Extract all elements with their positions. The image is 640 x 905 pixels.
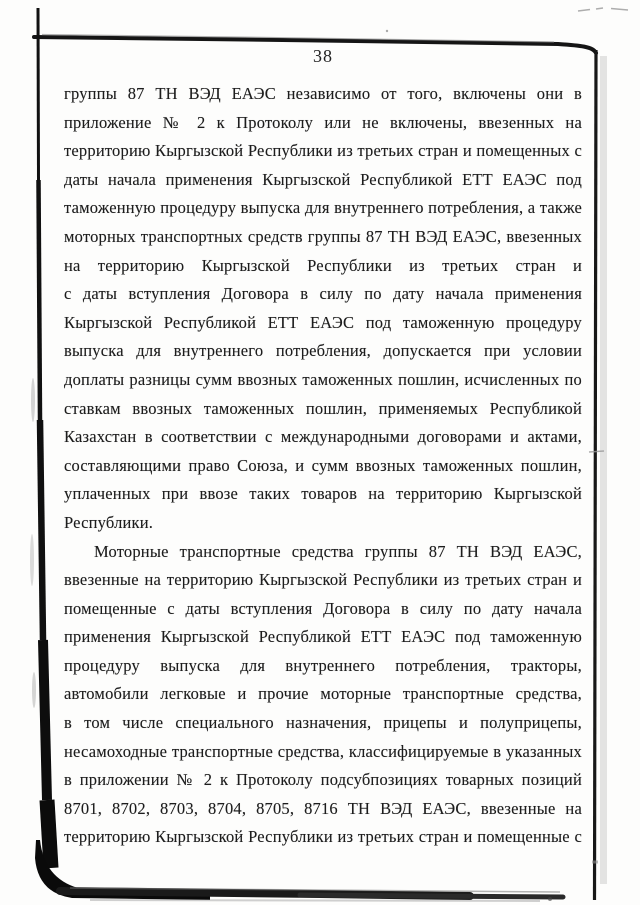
text-line: ставкам ввозных таможенных пошлин, приме… — [64, 395, 582, 424]
text-line: на территорию Кыргызской Республики из т… — [64, 252, 582, 281]
text-line: Республики. — [64, 509, 582, 538]
text-line: территорию Кыргызской Республики из трет… — [64, 137, 582, 166]
text-line: группы 87 ТН ВЭД ЕАЭС независимо от того… — [64, 80, 582, 109]
text-line: автомобили легковые и прочие моторные тр… — [64, 680, 582, 709]
top-right-scan-marks — [578, 10, 590, 12]
text-line: процедуру выпуска для внутреннего потреб… — [64, 652, 582, 681]
text-line: ввезенные на территорию Кыргызской Респу… — [64, 566, 582, 595]
text-line: несамоходные транспортные средства, клас… — [64, 738, 582, 767]
text-line: уплаченных при ввозе таких товаров на те… — [64, 480, 582, 509]
right-border-line — [595, 50, 597, 900]
text-line: территорию Кыргызской Республики из трет… — [64, 823, 582, 852]
left-border-line — [38, 8, 39, 180]
text-line: Казахстан в соответствии с международным… — [64, 423, 582, 452]
paragraph: группы 87 ТН ВЭД ЕАЭС независимо от того… — [64, 80, 582, 538]
text-line: даты начала применения Кыргызской Респуб… — [64, 166, 582, 195]
bottom-border-bar — [60, 891, 470, 896]
text-line: таможенную процедуру выпуска для внутрен… — [64, 194, 582, 223]
page-number: 38 — [64, 46, 582, 67]
text-line: применения Кыргызской Республикой ЕТТ ЕА… — [64, 623, 582, 652]
text-line: доплаты разницы сумм ввозных таможенных … — [64, 366, 582, 395]
scanned-document-page: 38 группы 87 ТН ВЭД ЕАЭС независимо от т… — [0, 0, 640, 905]
text-line: Кыргызской Республикой ЕТТ ЕАЭС под тамо… — [64, 309, 582, 338]
text-block: группы 87 ТН ВЭД ЕАЭС независимо от того… — [64, 80, 582, 852]
text-line: в том числе специального назначения, при… — [64, 709, 582, 738]
text-line: в приложении № 2 к Протоколу подсубпозиц… — [64, 766, 582, 795]
text-line: моторных транспортных средств группы 87 … — [64, 223, 582, 252]
text-line: Моторные транспортные средства группы 87… — [64, 538, 582, 567]
text-line: выпуска для внутреннего потребления, доп… — [64, 337, 582, 366]
text-line: с даты вступления Договора в силу по дат… — [64, 280, 582, 309]
text-line: 8701, 8702, 8703, 8704, 8705, 8716 ТН ВЭ… — [64, 795, 582, 824]
text-line: приложение № 2 к Протоколу или не включе… — [64, 109, 582, 138]
paragraph: Моторные транспортные средства группы 87… — [64, 538, 582, 853]
text-line: составляющими право Союза, и сумм ввозны… — [64, 452, 582, 481]
text-line: помещенные с даты вступления Договора в … — [64, 595, 582, 624]
